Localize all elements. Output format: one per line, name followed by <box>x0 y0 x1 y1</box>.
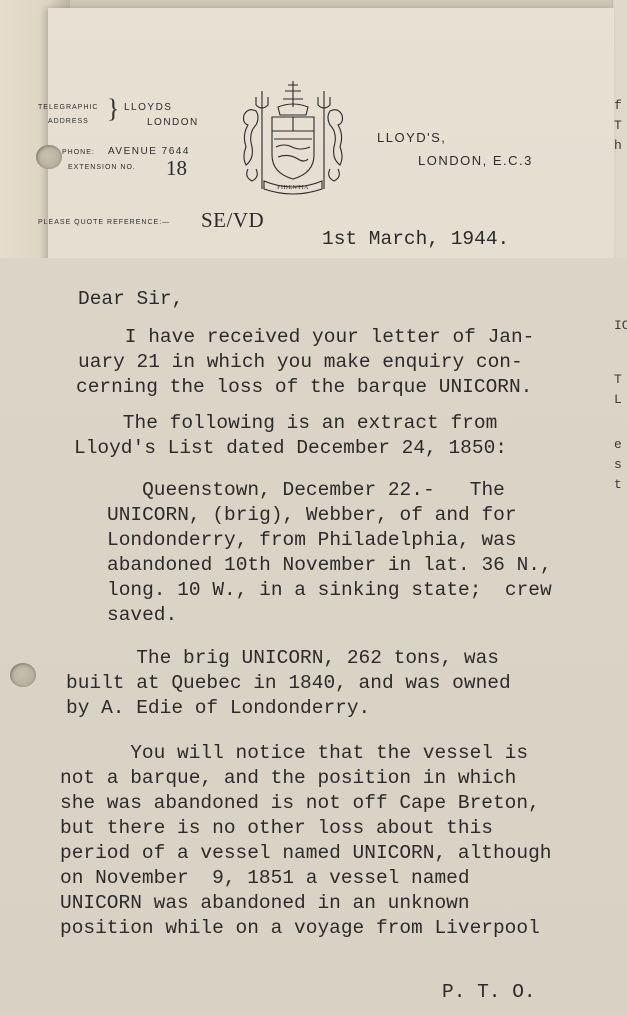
paragraph-line: on November 9, 1851 a vessel named <box>60 866 470 892</box>
paragraph-line: cerning the loss of the barque UNICORN. <box>76 375 532 401</box>
org-address: London, E.C.3 <box>418 153 533 168</box>
paragraph-line: long. 10 W., in a sinking state; crew <box>107 578 552 604</box>
adjacent-text-fragment: t <box>614 477 622 492</box>
paragraph-line: Lloyd's List dated December 24, 1850: <box>74 436 507 462</box>
adjacent-text-fragment: h <box>614 138 622 153</box>
paragraph-line: Londonderry, from Philadelphia, was <box>107 528 517 554</box>
org-name: Lloyd's, <box>377 130 446 145</box>
adjacent-text-fragment: s <box>614 457 622 472</box>
lloyds-coat-of-arms-icon: FIDENTIA <box>238 77 348 195</box>
paragraph-line: UNICORN was abandoned in an unknown <box>60 891 470 917</box>
adjacent-text-fragment: T <box>614 118 622 133</box>
punch-hole <box>10 663 36 687</box>
letter-date: 1st March, 1944. <box>322 227 509 253</box>
paragraph-line: I have received your letter of Jan- <box>78 325 534 351</box>
phone-label: Phone: <box>62 149 95 156</box>
brace-glyph: } <box>107 96 119 122</box>
paragraph-line: but there is no other loss about this <box>60 816 493 842</box>
paragraph-line: position while on a voyage from Liverpoo… <box>60 916 540 942</box>
paragraph-line: uary 21 in which you make enquiry con- <box>78 350 523 376</box>
paragraph-line: The following is an extract from <box>76 411 497 437</box>
paragraph-line: built at Quebec in 1840, and was owned <box>66 671 511 697</box>
extension-number: 18 <box>166 156 187 181</box>
paragraph-line: saved. <box>107 603 177 629</box>
paragraph-line: The brig UNICORN, 262 tons, was <box>66 646 499 672</box>
reference-label: Please quote reference:— <box>38 219 170 226</box>
salutation: Dear Sir, <box>78 287 183 313</box>
telegraphic-label: Telegraphic <box>38 104 98 111</box>
paragraph-line: not a barque, and the position in which <box>60 766 516 792</box>
paragraph-line: period of a vessel named UNICORN, althou… <box>60 841 551 867</box>
paragraph-line: she was abandoned is not off Cape Breton… <box>60 791 540 817</box>
paragraph-line: You will notice that the vessel is <box>60 741 528 767</box>
paragraph-line: Queenstown, December 22.- The <box>107 478 505 504</box>
adjacent-text-fragment: T <box>614 372 622 387</box>
svg-text:FIDENTIA: FIDENTIA <box>277 185 309 191</box>
adjacent-text-fragment: L <box>614 392 622 407</box>
address-label: Address <box>48 118 89 125</box>
telegraphic-value-lloyds: Lloyds <box>124 102 172 113</box>
paragraph-line: UNICORN, (brig), Webber, of and for <box>107 503 517 529</box>
adjacent-text-fragment: f <box>614 98 622 113</box>
extension-label: Extension No. <box>68 164 136 171</box>
telegraphic-value-london: London <box>147 117 199 128</box>
paragraph-line: abandoned 10th November in lat. 36 N., <box>107 553 552 579</box>
adjacent-text-fragment: IC <box>614 318 627 333</box>
punch-hole <box>36 145 62 169</box>
reference-value: SE/VD <box>201 208 264 233</box>
adjacent-text-fragment: e <box>614 437 622 452</box>
please-turn-over-note: P. T. O. <box>442 980 536 1006</box>
paragraph-line: by A. Edie of Londonderry. <box>66 696 370 722</box>
